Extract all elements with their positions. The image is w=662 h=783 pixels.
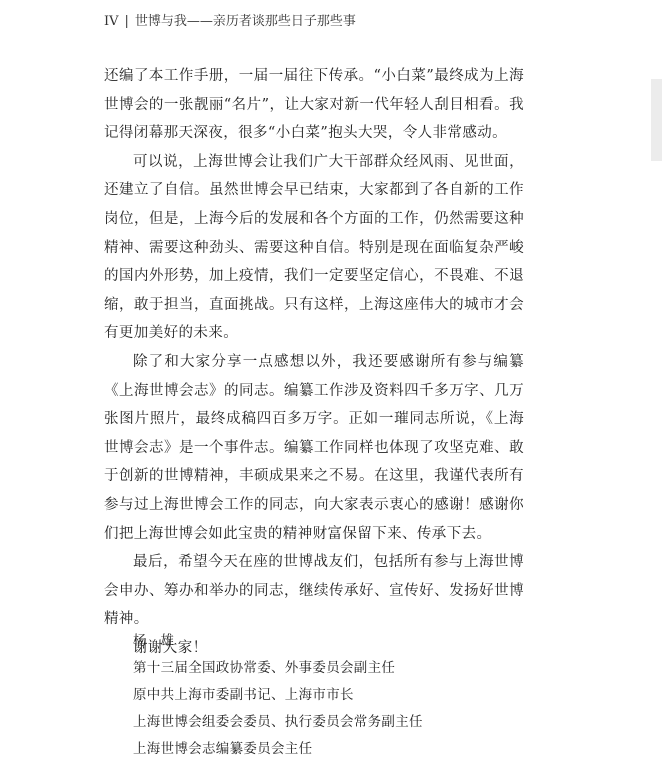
running-header: IV|世博与我——亲历者谈那些日子那些事 <box>104 10 356 29</box>
body-text: 还编了本工作手册，一届一届往下传承。“小白菜”最终成为上海世博会的一张靓丽“名片… <box>104 62 524 662</box>
paragraph: 除了和大家分享一点感想以外，我还要感谢所有参与编纂《上海世博会志》的同志。编纂工… <box>104 348 524 548</box>
author-title: 上海世博会志编纂委员会主任 <box>133 736 423 763</box>
author-title: 原中共上海市委副书记、上海市市长 <box>133 682 423 709</box>
page-number: IV <box>104 14 119 29</box>
scrollbar-thumb[interactable] <box>651 79 662 161</box>
paragraph: 最后，希望今天在座的世博战友们，包括所有参与上海世博会申办、筹办和举办的同志，继… <box>104 548 524 634</box>
signature-block: 杨雄 第十三届全国政协常委、外事委员会副主任 原中共上海市委副书记、上海市市长 … <box>133 628 423 763</box>
paragraph: 可以说，上海世博会让我们广大干部群众经风雨、见世面，还建立了自信。虽然世博会早已… <box>104 148 524 348</box>
header-separator: | <box>125 14 129 29</box>
author-name: 杨雄 <box>133 628 423 655</box>
book-title: 世博与我——亲历者谈那些日子那些事 <box>135 14 356 29</box>
author-title: 上海世博会组委会委员、执行委员会常务副主任 <box>133 709 423 736</box>
author-title: 第十三届全国政协常委、外事委员会副主任 <box>133 655 423 682</box>
paragraph: 还编了本工作手册，一届一届往下传承。“小白菜”最终成为上海世博会的一张靓丽“名片… <box>104 62 524 148</box>
